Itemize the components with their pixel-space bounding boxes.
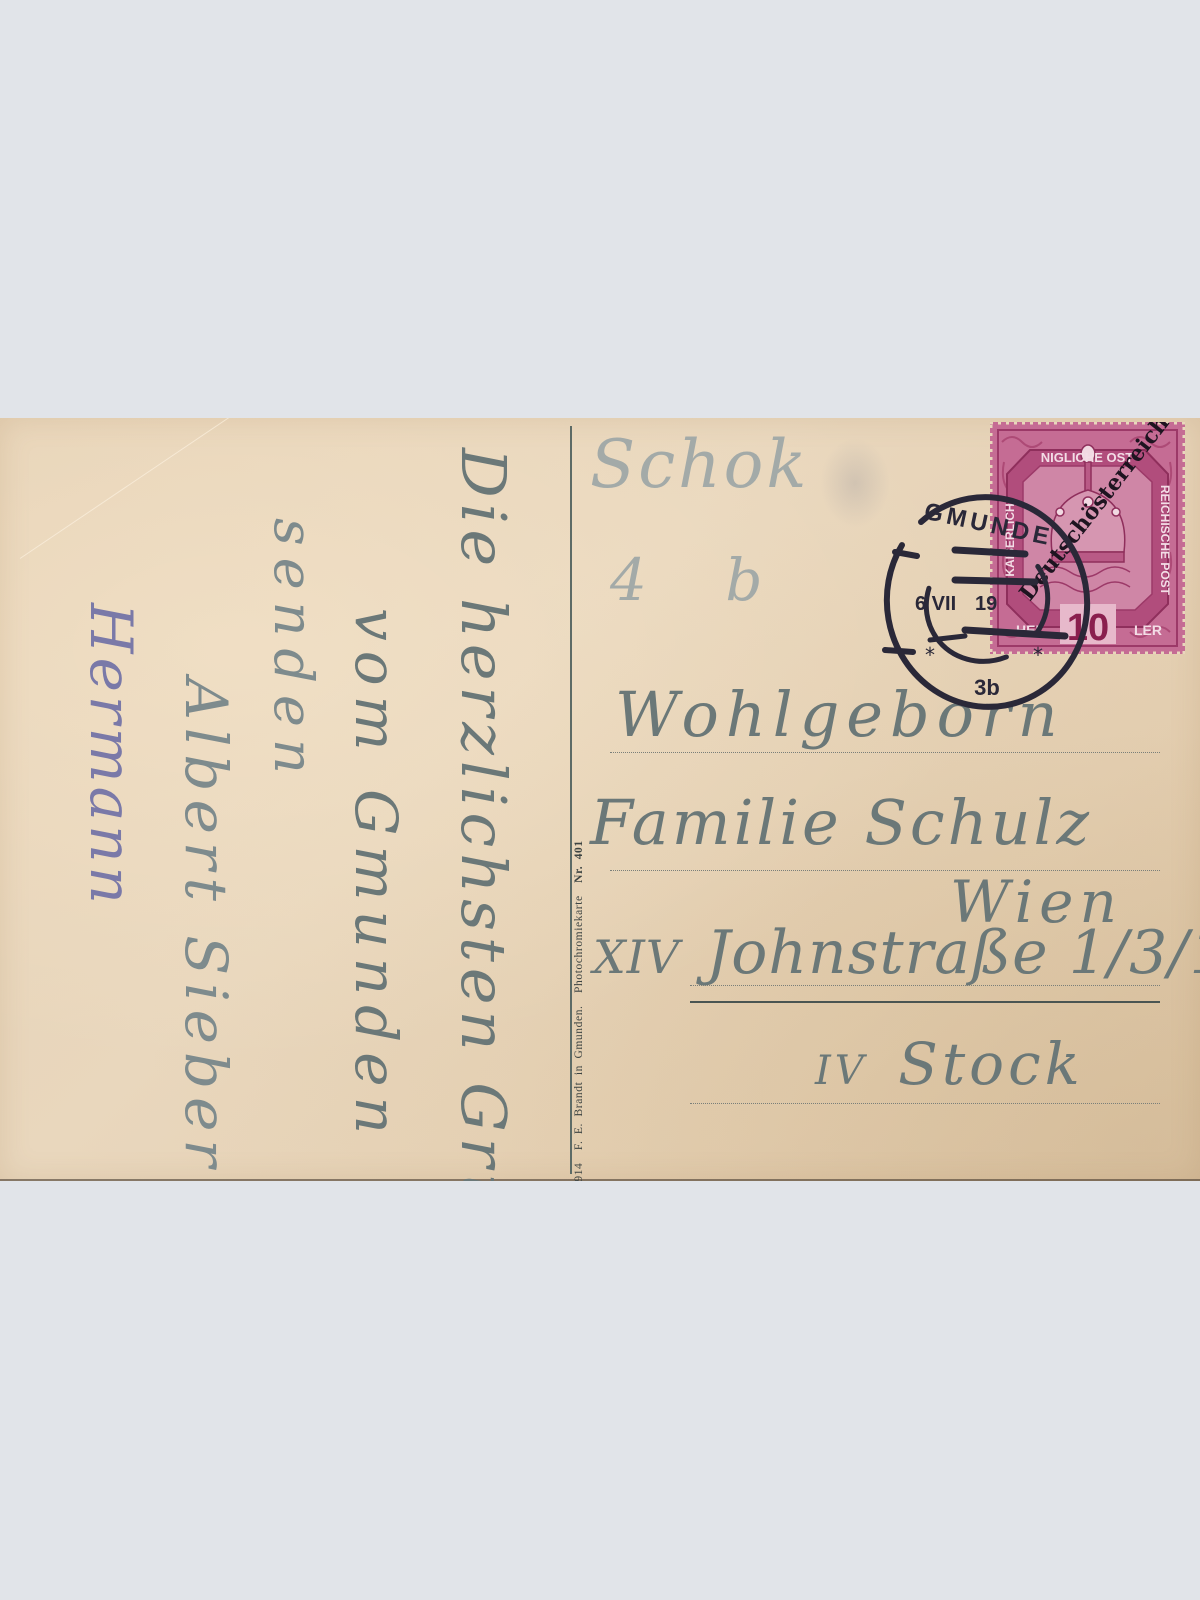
postmark-year: 19 [975, 593, 997, 615]
imprint-year: 1914 [573, 1163, 585, 1181]
stamp-bottom-right: LER [1134, 622, 1162, 638]
center-divider [570, 426, 572, 1174]
address-street: Johnstraße 1/3/16 [706, 918, 1200, 988]
address-floor-prefix: IV [815, 1048, 868, 1094]
violet-signature: Hermann [77, 603, 145, 908]
address-line-1 [610, 752, 1160, 753]
postcard-back: Hermann Die herzlichsten Grüße vom Gmund… [0, 418, 1200, 1181]
message-line-3: senden [262, 518, 325, 786]
publisher-imprint: 1914 F. E. Brandt in Gmunden. Photochrom… [573, 834, 585, 1181]
postmark-code: 3b [974, 675, 1000, 700]
pencil-note-line-2: 4 b [610, 546, 792, 614]
address-floor: Stock [898, 1030, 1084, 1098]
address-underline [690, 1001, 1160, 1003]
message-line-1: Die herzlichsten Grüße [447, 448, 520, 1181]
stamp-right-legend: REICHISCHE POST [1158, 485, 1172, 596]
violet-signature-text: Hermann [77, 603, 145, 908]
postmark-cancellation: GMUNDE 6 VII 19 * * 3b [875, 490, 1120, 715]
postmark-star-right: * [1033, 643, 1043, 667]
postmark-date: 6 VII [915, 593, 956, 615]
imprint-series: Photochromiekarte [573, 895, 585, 993]
address-floor-row: IV Stock [815, 1030, 1084, 1098]
address-name: Familie Schulz [590, 786, 1092, 859]
address-street-row: XIV Johnstraße 1/3/16 [593, 918, 1200, 988]
postmark-star-left: * [925, 643, 935, 667]
address-district: XIV [593, 930, 680, 984]
paper-crease [20, 418, 236, 559]
imprint-publisher: F. E. Brandt in Gmunden. [573, 1005, 585, 1150]
message-line-2: vom Gmunden [342, 608, 410, 1144]
message-line-4: Albert Sieber [172, 678, 240, 1175]
address-line-4 [690, 1103, 1160, 1104]
pencil-note-line-1: Schok [590, 426, 809, 503]
postmark-town: GMUNDE [922, 498, 1055, 552]
imprint-number: Nr. 401 [573, 840, 585, 883]
postcard-bottom-edge [0, 1179, 1200, 1181]
